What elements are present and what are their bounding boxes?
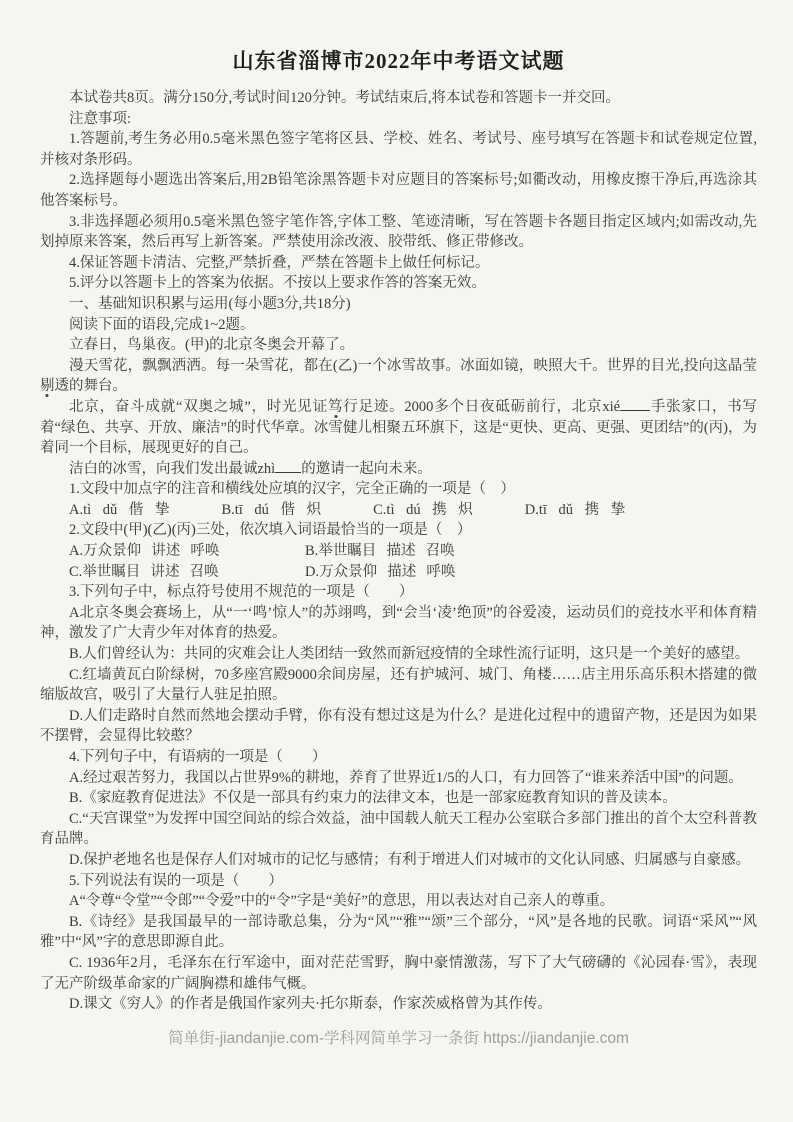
passage-text: 的邀请一起向未来。 — [301, 461, 432, 477]
option-item-5b: B.《诗经》是我国最早的一部诗歌总集，分为“风”“雅”“颂”三个部分，“风”是各… — [40, 912, 757, 953]
option-item-2b: B.举世瞩目 描述 召唤 — [305, 541, 757, 562]
intro-paragraph: 本试卷共8页。满分150分,考试时间120分钟。考试结束后,将本试卷和答题卡一并… — [40, 88, 757, 109]
passage-paragraph-3: 北京，奋斗成就“双奥之城”，时光见证笃行足迹。2000多个日夜砥砺前行，北京xi… — [40, 397, 757, 459]
option-item-5a: A“令尊“令堂”“令郎”“令爱”中的“令”字是“美好”的意思，用以表达对自己亲人… — [40, 891, 757, 912]
passage-text: 北京，奋斗成就“双奥之城”，时光见证 — [69, 399, 328, 415]
question-2-options-grid: A.万众景仰 讲述 呼唤 B.举世瞩目 描述 召唤 C.举世瞩目 讲述 召唤 D… — [40, 541, 757, 582]
option-item-3a: A北京冬奥会赛场上，从“一‘鸣’惊人”的苏翊鸣，到“会当‘凌’绝顶”的谷爱凌，运… — [40, 603, 757, 644]
footer-credit: 简单街-jiandanjie.com-学科网简单学习一条街 https://ji… — [40, 1028, 757, 1050]
emphasized-char-ti: 剔 — [40, 378, 55, 394]
option-item-3b: B.人们曾经认为：共同的灾难会让人类团结一致然而新冠疫情的全球性流行证明，这只是… — [40, 644, 757, 665]
passage-paragraph-4: 洁白的冰雪，向我们发出最诚zhì的邀请一起向未来。 — [40, 459, 757, 480]
option-item-4c: C.“天宫课堂”为发挥中国空间站的综合效益，油中国载人航天工程办公室联合多部门推… — [40, 809, 757, 850]
option-item-4a: A.经过艰苦努力，我国以占世界9%的耕地，养育了世界近1/5的人口，有力回答了“… — [40, 768, 757, 789]
option-item-1c: C.tì dú 携 炽 — [373, 500, 473, 521]
notice-item-3: 3.非选择题必须用0.5毫米黑色签字笔作答,字体工整、笔迹清晰，写在答题卡各题目… — [40, 212, 757, 253]
question-3-stem: 3.下列句子中，标点符号使用不规范的一项是（ ） — [40, 582, 757, 603]
passage-text: 行足迹。2000多个日夜砥砺前行，北京xié — [343, 399, 620, 415]
notice-item-1: 1.答题前,考生务必用0.5毫米黑色签字笔将区县、学校、姓名、考试号、座号填写在… — [40, 129, 757, 170]
section-heading: 一、基础知识积累与运用(每小题3分,共18分) — [40, 294, 757, 315]
question-4-stem: 4.下列句子中，有语病的一项是（ ） — [40, 747, 757, 768]
emphasized-char-du: 笃 — [328, 399, 343, 415]
option-item-3c: C.红墙黄瓦白阶绿树，70多座宫殿9000余间房屋，还有护城河、城门、角楼……店… — [40, 665, 757, 706]
notice-item-2: 2.选择题每小题选出答案后,用2B铅笔涂黑答题卡对应题目的答案标号;如衢改动，用… — [40, 170, 757, 211]
option-item-1a: A.tì dǔ 偕 挚 — [69, 500, 169, 521]
exam-title: 山东省淄博市2022年中考语文试题 — [40, 48, 757, 74]
passage-paragraph-2: 漫天雪花，飘飘洒洒。每一朵雪花，都在(乙)一个冰雪故事。冰面如镜，映照大千。世界… — [40, 356, 757, 397]
question-2-stem: 2.文段中(甲)(乙)(丙)三处，依次填入词语最恰当的一项是（ ） — [40, 520, 757, 541]
exam-page: 山东省淄博市2022年中考语文试题 本试卷共8页。满分150分,考试时间120分… — [0, 0, 793, 1122]
notice-item-4: 4.保证答题卡清洁、完整,严禁折叠，严禁在答题卡上做任何标记。 — [40, 253, 757, 274]
notice-item-5: 5.评分以答题卡上的答案为依据。不按以上要求作答的答案无效。 — [40, 273, 757, 294]
passage-text: 透的舞台。 — [55, 378, 128, 394]
option-item-1d: D.tī dǔ 携 挚 — [525, 500, 625, 521]
option-item-1b: B.tī dú 偕 炽 — [221, 500, 321, 521]
option-item-2a: A.万众景仰 讲述 呼唤 — [69, 541, 305, 562]
option-item-4d: D.保护老地名也是保存人们对城市的记忆与感情；有利于增进人们对城市的文化认同感、… — [40, 850, 757, 871]
option-item-2d: D.万众景仰 描述 呼唤 — [305, 562, 757, 583]
option-item-5d: D.课文《穷人》的作者是俄国作家列夫·托尔斯泰，作家茨威格曾为其作传。 — [40, 994, 757, 1015]
option-item-4b: B.《家庭教育促进法》不仅是一部具有约束力的法律文本，也是一部家庭教育知识的普及… — [40, 788, 757, 809]
reading-prompt: 阅读下面的语段,完成1~2题。 — [40, 315, 757, 336]
question-1-stem: 1.文段中加点字的注音和横线处应填的汉字，完全正确的一项是（ ） — [40, 479, 757, 500]
fill-blank-line-zhi — [275, 459, 301, 473]
option-item-2c: C.举世瞩目 讲述 召唤 — [69, 562, 305, 583]
option-item-5c: C. 1936年2月，毛泽东在行军途中，面对茫茫雪野，胸中豪情激荡，写下了大气磅… — [40, 953, 757, 994]
passage-paragraph-1: 立春日，鸟巢夜。(甲)的北京冬奥会开幕了。 — [40, 335, 757, 356]
fill-blank-line-xie — [620, 397, 650, 411]
option-item-3d: D.人们走路时自然而然地会摆动手臂，你有没有想过这是为什么？是进化过程中的遗留产… — [40, 706, 757, 747]
notices-heading: 注意事项: — [40, 109, 757, 130]
question-1-options-row: A.tì dǔ 偕 挚 B.tī dú 偕 炽 C.tì dú 携 炽 D.tī… — [40, 500, 757, 521]
question-5-stem: 5.下列说法有误的一项是（ ） — [40, 871, 757, 892]
passage-text: 漫天雪花，飘飘洒洒。每一朵雪花，都在(乙)一个冰雪故事。冰面如镜，映照大千。世界… — [69, 358, 757, 374]
passage-text: 洁白的冰雪，向我们发出最诚zhì — [69, 461, 275, 477]
